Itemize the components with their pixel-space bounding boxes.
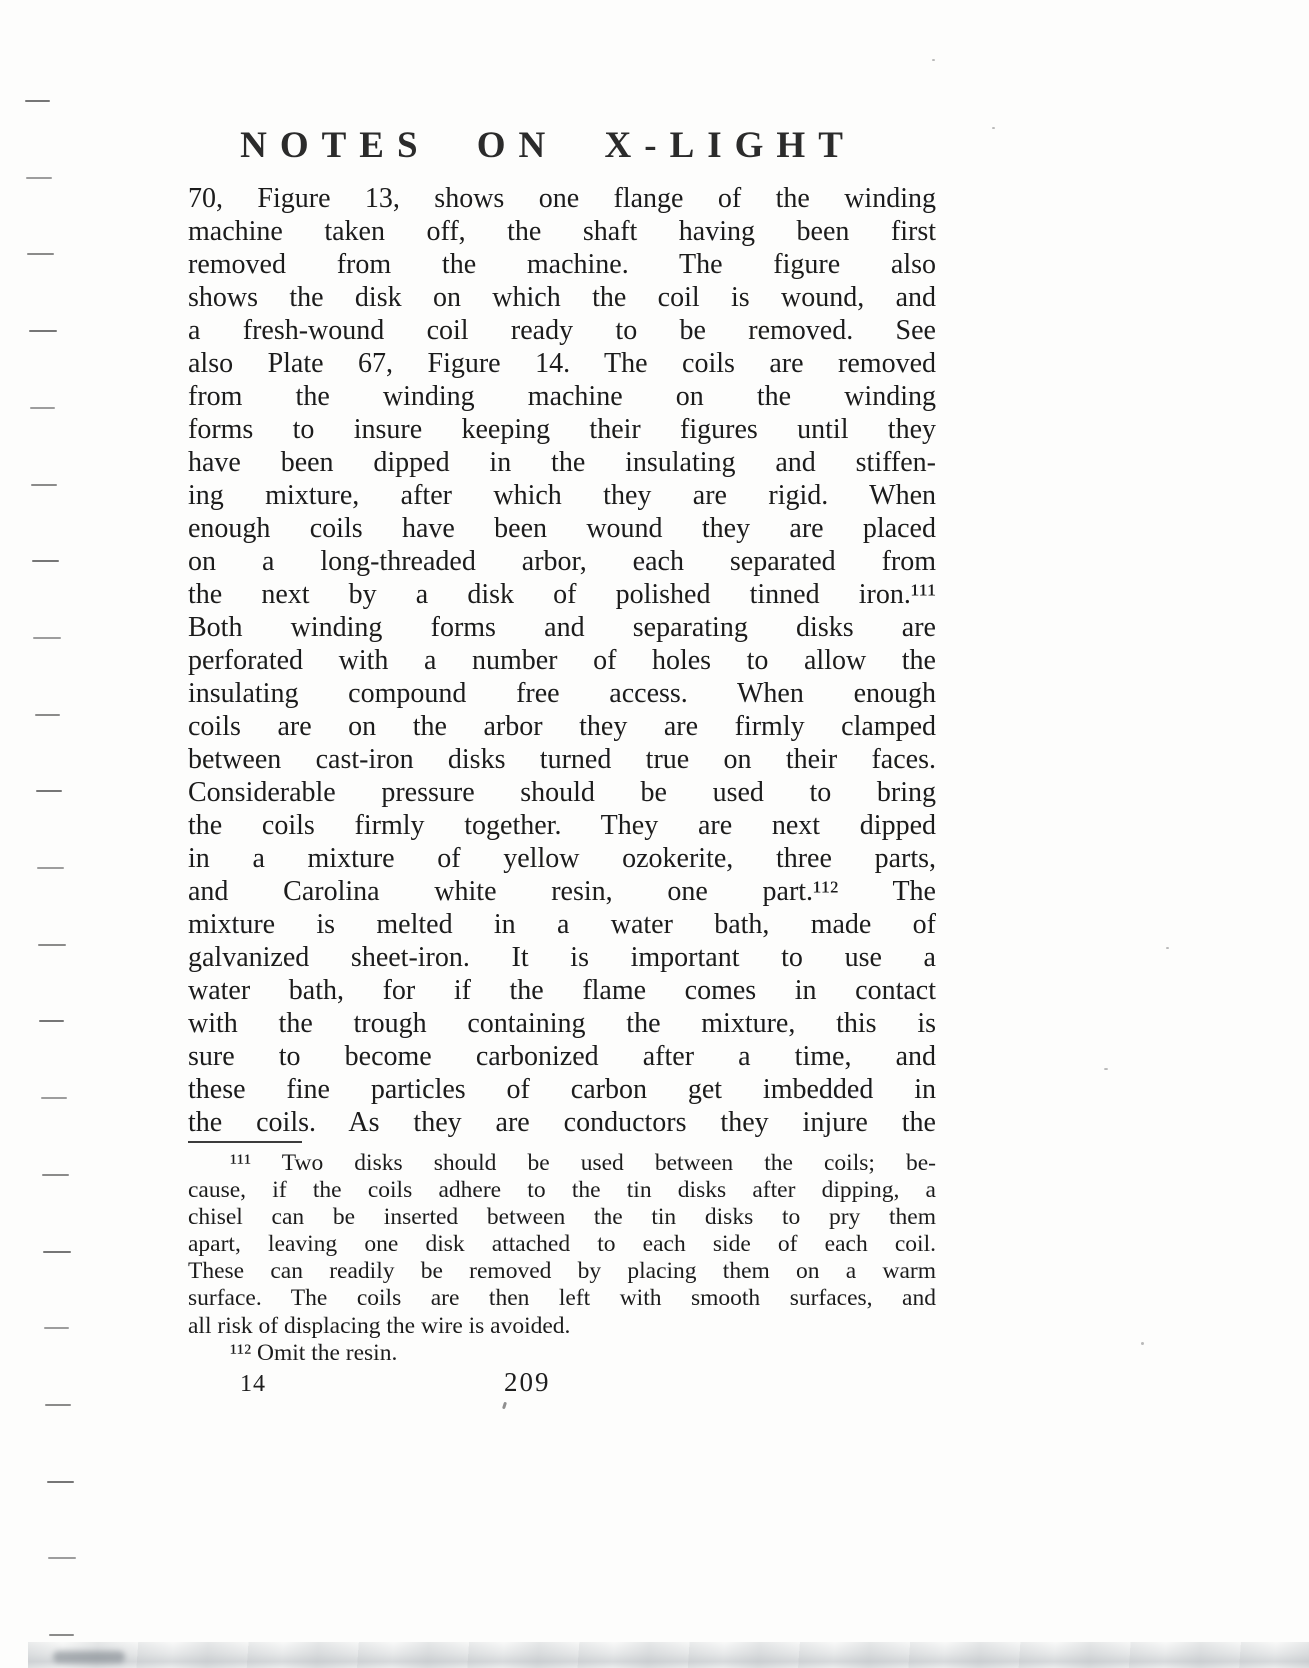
- body-text-line: ing mixture, after which they are rigid.…: [188, 479, 936, 512]
- margin-dash: [43, 1251, 71, 1253]
- body-text-line: in a mixture of yellow ozokerite, three …: [188, 842, 936, 875]
- body-text-line: insulating compound free access. When en…: [188, 677, 936, 710]
- body-text-line: a fresh-wound coil ready to be removed. …: [188, 314, 936, 347]
- signature-mark: 14: [240, 1371, 266, 1398]
- body-text-line: also Plate 67, Figure 14. The coils are …: [188, 347, 936, 380]
- footnote-line: all risk of displacing the wire is avoid…: [188, 1313, 936, 1340]
- footnote-line: cause, if the coils adhere to the tin di…: [188, 1177, 936, 1204]
- body-text-line: water bath, for if the flame comes in co…: [188, 974, 936, 1007]
- body-text-line: Considerable pressure should be used to …: [188, 776, 936, 809]
- body-text-line: on a long-threaded arbor, each separated…: [188, 545, 936, 578]
- scan-speck: [932, 59, 935, 61]
- body-text-line: the next by a disk of polished tinned ir…: [188, 578, 936, 611]
- book-page: NOTES ON X-LIGHT 70, Figure 13, shows on…: [0, 0, 1309, 1668]
- margin-dash: [36, 790, 62, 792]
- margin-dash: [42, 1174, 69, 1176]
- body-text-line: the coils firmly together. They are next…: [188, 809, 936, 842]
- footnote-separator: [188, 1141, 302, 1143]
- bottom-scan-band: [28, 1642, 1309, 1668]
- footnote-area: ¹¹¹ Two disks should be used between the…: [188, 1150, 936, 1367]
- body-text-line: and Carolina white resin, one part.¹¹² T…: [188, 875, 936, 908]
- body-text-line: sure to become carbonized after a time, …: [188, 1040, 936, 1073]
- body-text-line: coils are on the arbor they are firmly c…: [188, 710, 936, 743]
- footnote-line: These can readily be removed by placing …: [188, 1258, 936, 1285]
- body-text-line: 70, Figure 13, shows one flange of the w…: [188, 182, 936, 215]
- body-text-line: these fine particles of carbon get imbed…: [188, 1073, 936, 1106]
- margin-dash: [37, 867, 64, 869]
- footnote-line: surface. The coils are then left with sm…: [188, 1285, 936, 1312]
- footnote-line: apart, leaving one disk attached to each…: [188, 1231, 936, 1258]
- margin-dash: [25, 100, 50, 102]
- margin-dash: [29, 330, 57, 332]
- margin-dash: [35, 714, 60, 716]
- margin-dash: [38, 944, 66, 946]
- scan-speck: [1166, 947, 1169, 949]
- footnote-line: chisel can be inserted between the tin d…: [188, 1204, 936, 1231]
- body-text-line: galvanized sheet-iron. It is important t…: [188, 941, 936, 974]
- body-text-line: enough coils have been wound they are pl…: [188, 512, 936, 545]
- margin-dash: [41, 1097, 67, 1099]
- body-text-line: forms to insure keeping their figures un…: [188, 413, 936, 446]
- body-text-line: Both winding forms and separating disks …: [188, 611, 936, 644]
- body-text-line: have been dipped in the insulating and s…: [188, 446, 936, 479]
- body-text-line: shows the disk on which the coil is woun…: [188, 281, 936, 314]
- margin-dash: [45, 1404, 71, 1406]
- footnote-line: ¹¹² Omit the resin.: [188, 1340, 936, 1367]
- body-text-line: with the trough containing the mixture, …: [188, 1007, 936, 1040]
- body-text-line: mixture is melted in a water bath, made …: [188, 908, 936, 941]
- body-text-line: perforated with a number of holes to all…: [188, 644, 936, 677]
- body-text-line: the coils. As they are conductors they i…: [188, 1106, 936, 1139]
- footnote-line: ¹¹¹ Two disks should be used between the…: [188, 1150, 936, 1177]
- scan-speck: [992, 127, 995, 129]
- body-text-line: between cast-iron disks turned true on t…: [188, 743, 936, 776]
- margin-dash: [33, 637, 61, 639]
- margin-dash: [44, 1327, 69, 1329]
- scan-speck: [1104, 1068, 1108, 1070]
- margin-dash: [26, 177, 52, 179]
- margin-dash: [49, 1634, 74, 1636]
- margin-dash: [32, 560, 59, 562]
- body-text: 70, Figure 13, shows one flange of the w…: [188, 182, 936, 1139]
- margin-dash: [39, 1020, 64, 1022]
- margin-dash: [27, 253, 54, 255]
- margin-dash: [31, 484, 57, 486]
- margin-dash: [48, 1557, 76, 1559]
- margin-dash: [47, 1481, 74, 1483]
- body-text-line: machine taken off, the shaft having been…: [188, 215, 936, 248]
- scan-speck: [502, 1402, 507, 1410]
- scan-speck: [1141, 1342, 1144, 1345]
- margin-dash: [30, 407, 55, 409]
- page-number: 209: [504, 1367, 551, 1398]
- body-text-line: from the winding machine on the winding: [188, 380, 936, 413]
- body-text-line: removed from the machine. The figure als…: [188, 248, 936, 281]
- page-title: NOTES ON X-LIGHT: [188, 124, 908, 167]
